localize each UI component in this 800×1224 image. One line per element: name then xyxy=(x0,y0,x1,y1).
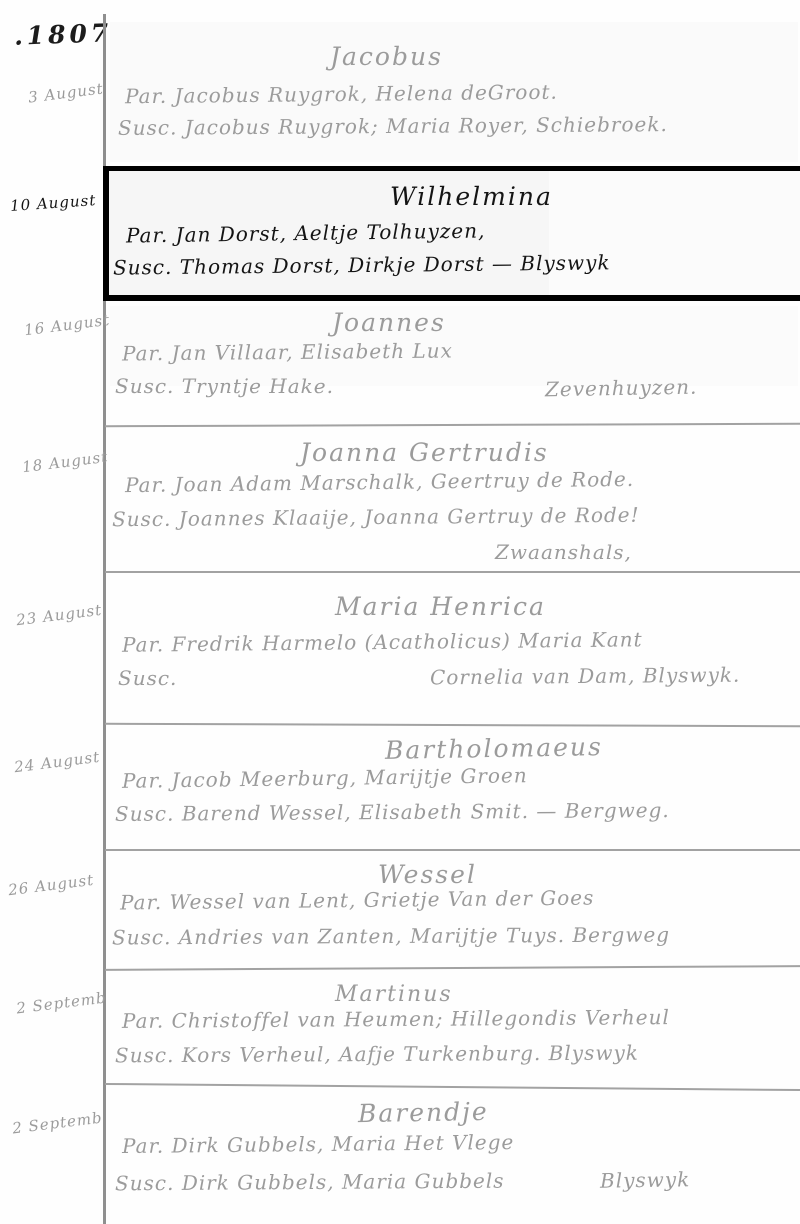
parents-line: Par. Jacob Meerburg, Marijtje Groen xyxy=(122,763,528,793)
child-name: Barendje xyxy=(358,1097,489,1128)
parents-line: Par. Wessel van Lent, Grietje Van der Go… xyxy=(120,886,595,915)
child-name: Jacobus xyxy=(330,42,443,71)
entry-date: 10 August xyxy=(9,191,96,215)
sponsors-line: Susc. Dirk Gubbels, Maria Gubbels xyxy=(115,1169,505,1196)
entry-date: 2 Septemb xyxy=(11,1109,103,1138)
sponsors-line: Susc. Barend Wessel, Elisabeth Smit. — B… xyxy=(115,798,670,826)
child-name: Wilhelmina xyxy=(390,182,553,211)
entry-date: 23 August xyxy=(15,601,103,629)
parents-line: Par. Jan Dorst, Aeltje Tolhuyzen, xyxy=(126,218,486,247)
sponsors-line: Susc. Jacobus Ruygrok; Maria Royer, Schi… xyxy=(118,112,668,140)
child-name: Joannes xyxy=(332,308,446,337)
sponsors-line: Susc. xyxy=(118,666,177,690)
child-name: Maria Henrica xyxy=(335,592,546,621)
entry-date: 2 Septemb xyxy=(15,989,107,1018)
sponsors-line: Susc. Kors Verheul, Aafje Turkenburg. Bl… xyxy=(115,1041,639,1068)
entry-date: 24 August xyxy=(13,748,101,776)
row-separator xyxy=(105,423,800,427)
place-note: Zwaanshals, xyxy=(495,540,632,564)
child-name: Martinus xyxy=(335,982,453,1007)
parents-line: Par. Jan Villaar, Elisabeth Lux xyxy=(122,339,453,366)
parents-line: Par. Fredrik Harmelo (Acatholicus) Maria… xyxy=(122,627,643,656)
row-separator xyxy=(105,849,800,851)
row-separator xyxy=(105,571,800,573)
entry-date: 3 August xyxy=(27,79,104,106)
child-name: Wessel xyxy=(378,860,477,889)
place-note: Zevenhuyzen. xyxy=(545,375,698,402)
parents-line: Par. Joan Adam Marschalk, Geertruy de Ro… xyxy=(125,467,634,497)
parents-line: Par. Christoffel van Heumen; Hillegondis… xyxy=(122,1005,670,1033)
register-page: .1807 3 August Jacobus Par. Jacobus Ruyg… xyxy=(0,0,800,1224)
entry-date: 18 August xyxy=(21,448,109,476)
row-separator xyxy=(105,723,800,727)
sponsors-line: Susc. Andries van Zanten, Marijtje Tuys.… xyxy=(112,923,670,950)
row-separator xyxy=(105,1083,800,1091)
sponsors-line: Susc. Joannes Klaaije, Joanna Gertruy de… xyxy=(112,503,640,532)
entry-date: 16 August xyxy=(23,311,111,339)
year-label: .1807 xyxy=(14,18,113,50)
sponsors-continued: Cornelia van Dam, Blyswyk. xyxy=(430,663,741,690)
sponsors-line: Susc. Tryntje Hake. xyxy=(115,374,334,398)
place-note: Blyswyk xyxy=(600,1167,691,1193)
parents-line: Par. Dirk Gubbels, Maria Het Vlege xyxy=(122,1130,515,1158)
parents-line: Par. Jacobus Ruygrok, Helena deGroot. xyxy=(125,80,558,109)
child-name: Bartholomaeus xyxy=(385,732,603,765)
row-separator xyxy=(105,965,800,971)
entry-date: 26 August xyxy=(7,871,95,899)
child-name: Joanna Gertrudis xyxy=(300,438,549,467)
